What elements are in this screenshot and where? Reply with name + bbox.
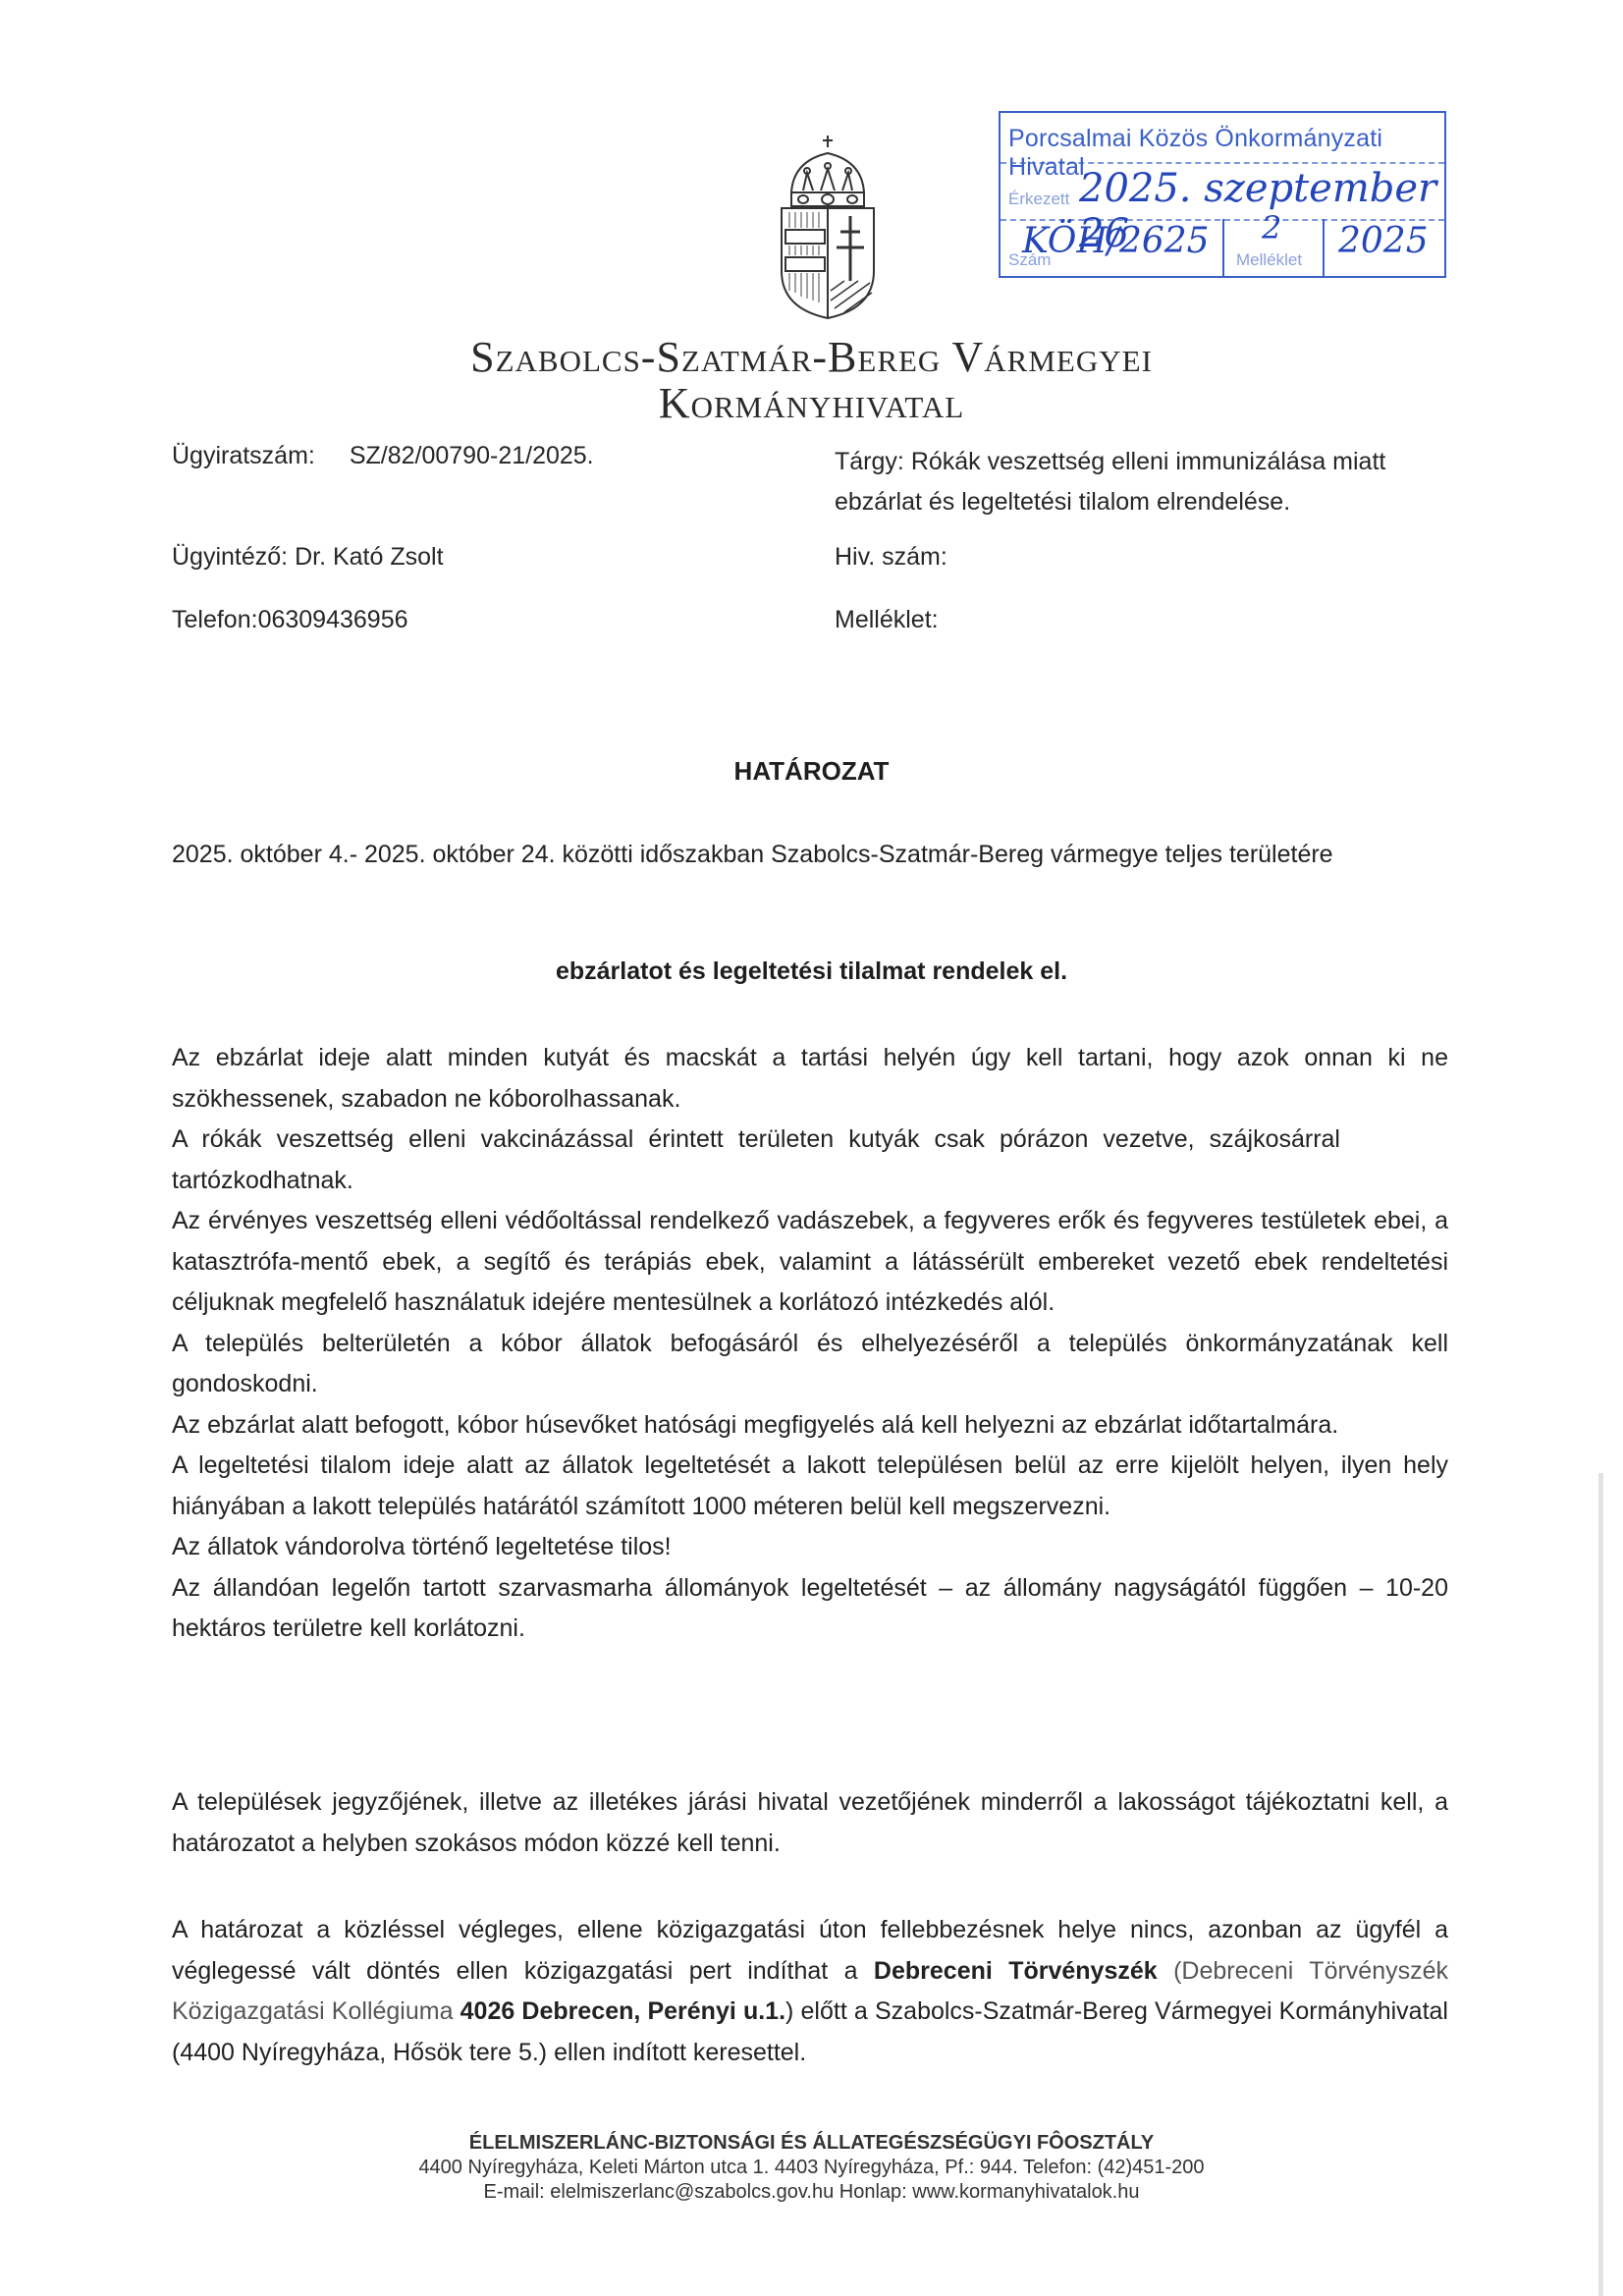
case-handler-label: Ügyintéző:	[172, 543, 288, 571]
file-number-value: SZ/82/00790-21/2025.	[350, 442, 594, 469]
phone-label: Telefon:	[172, 606, 258, 633]
stamp-office-name: Porcsalmai Közös Önkormányzati Hivatal	[1001, 113, 1444, 164]
subject: Tárgy: Rókák veszettség elleni immunizál…	[835, 442, 1385, 522]
organization-name-line1: Szabolcs-Szatmár-Bereg Vármegyei	[0, 332, 1623, 382]
rules-list: Az ebzárlat ideje alatt minden kutyát és…	[172, 1038, 1448, 1650]
stamp-received-label: Érkezett	[1008, 190, 1069, 209]
appeal-paragraph: A határozat a közléssel végleges, ellene…	[172, 1910, 1448, 2073]
stamp-attachment-label: Melléklet	[1236, 250, 1302, 270]
stamp-number-row: Szám KÖH/2625 2 Melléklet 2025	[1001, 219, 1444, 276]
document-title: HATÁROZAT	[0, 756, 1623, 787]
rule-item: Az ebzárlat alatt befogott, kóbor húsevő…	[172, 1405, 1448, 1447]
stamp-received-row: Érkezett 2025. szeptember 26	[1001, 164, 1444, 221]
footer: ÉLELMISZERLÁNC-BIZTONSÁGI ÉS ÁLLATEGÉSZS…	[0, 2131, 1623, 2205]
rule-item: A legeltetési tilalom ideje alatt az áll…	[172, 1446, 1448, 1527]
publication-paragraph: A települések jegyzőjének, illetve az il…	[172, 1782, 1448, 1864]
rule-item: Az állatok vándorolva történő legeltetés…	[172, 1527, 1448, 1568]
subject-line2: ebzárlat és legeltetési tilalom elrendel…	[835, 488, 1290, 516]
attachment-label: Melléklet:	[835, 606, 939, 634]
decision-statement: ebzárlatot és legeltetési tilalmat rende…	[0, 957, 1623, 986]
coat-of-arms-icon	[774, 134, 882, 320]
scan-edge-line	[1598, 1473, 1603, 2296]
court-name: Debreceni Törvényszék	[874, 1957, 1158, 1985]
footer-address: 4400 Nyíregyháza, Keleti Márton utca 1. …	[0, 2156, 1623, 2180]
file-number-label: Ügyiratszám:	[172, 442, 315, 469]
court-address: 4026 Debrecen, Perényi u.1.	[460, 1997, 785, 2025]
rule-item: A rókák veszettség elleni vakcinázással …	[172, 1120, 1448, 1201]
phone: Telefon:06309436956	[172, 606, 408, 634]
subject-line1: Rókák veszettség elleni immunizálása mia…	[911, 448, 1386, 475]
registry-stamp: Porcsalmai Közös Önkormányzati Hivatal É…	[999, 111, 1446, 278]
period-paragraph: 2025. október 4.- 2025. október 24. közö…	[172, 835, 1448, 876]
rule-item: Az állandóan legelőn tartott szarvasmarh…	[172, 1568, 1448, 1650]
case-handler-value: Dr. Kató Zsolt	[295, 543, 443, 571]
stamp-number-value: KÖH/2625	[1022, 221, 1210, 261]
organization-name-line2: Kormányhivatal	[0, 378, 1623, 428]
file-number: Ügyiratszám: SZ/82/00790-21/2025.	[172, 442, 594, 470]
phone-value: 06309436956	[258, 606, 408, 633]
subject-label: Tárgy:	[835, 448, 904, 475]
reference-number-label: Hiv. szám:	[835, 543, 947, 572]
footer-department: ÉLELMISZERLÁNC-BIZTONSÁGI ÉS ÁLLATEGÉSZS…	[0, 2131, 1623, 2156]
footer-contact: E-mail: elelmiszerlanc@szabolcs.gov.hu H…	[0, 2180, 1623, 2205]
stamp-sub-value: 2	[1262, 209, 1281, 246]
case-handler: Ügyintéző: Dr. Kató Zsolt	[172, 543, 444, 572]
stamp-year-value: 2025	[1338, 221, 1429, 261]
rule-item: A település belterületén a kóbor állatok…	[172, 1324, 1448, 1405]
rule-item: Az ebzárlat ideje alatt minden kutyát és…	[172, 1038, 1448, 1120]
rule-item: Az érvényes veszettség elleni védőoltáss…	[172, 1201, 1448, 1324]
